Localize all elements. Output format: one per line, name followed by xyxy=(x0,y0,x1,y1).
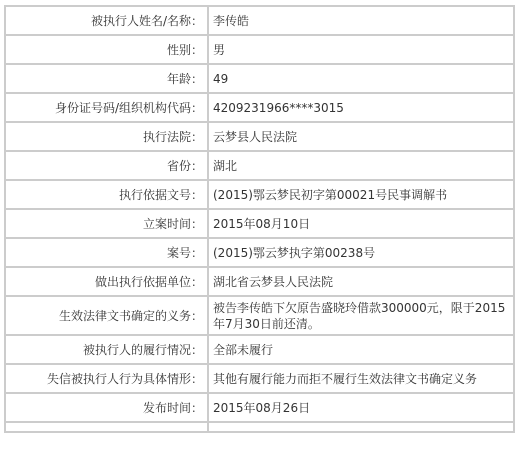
field-label-empty xyxy=(5,422,208,432)
field-value-empty xyxy=(208,422,514,432)
field-label: 省份： xyxy=(5,151,208,180)
field-label: 生效法律文书确定的义务： xyxy=(5,296,208,335)
field-value-province: 湖北 xyxy=(208,151,514,180)
table-row-case-number: 案号： (2015)鄂云梦执字第00238号 xyxy=(5,238,514,267)
field-label: 执行依据文号： xyxy=(5,180,208,209)
field-label: 性别： xyxy=(5,35,208,64)
field-label: 发布时间： xyxy=(5,393,208,422)
table-row-name: 被执行人姓名/名称： 李传皓 xyxy=(5,6,514,35)
field-value-court: 云梦县人民法院 xyxy=(208,122,514,151)
table-row-court: 执行法院： 云梦县人民法院 xyxy=(5,122,514,151)
field-label: 身份证号码/组织机构代码： xyxy=(5,93,208,122)
field-label: 被执行人姓名/名称： xyxy=(5,6,208,35)
field-label: 案号： xyxy=(5,238,208,267)
table-row-basis-doc-number: 执行依据文号： (2015)鄂云梦民初字第00021号民事调解书 xyxy=(5,180,514,209)
field-value-basis-doc-number: (2015)鄂云梦民初字第00021号民事调解书 xyxy=(208,180,514,209)
table-row-filing-date: 立案时间： 2015年08月10日 xyxy=(5,209,514,238)
table-row-province: 省份： 湖北 xyxy=(5,151,514,180)
field-label: 年龄： xyxy=(5,64,208,93)
field-value-gender: 男 xyxy=(208,35,514,64)
table-row-issuing-unit: 做出执行依据单位： 湖北省云梦县人民法院 xyxy=(5,267,514,296)
field-value-case-number: (2015)鄂云梦执字第00238号 xyxy=(208,238,514,267)
field-label: 立案时间： xyxy=(5,209,208,238)
table-row-publish-date: 发布时间： 2015年08月26日 xyxy=(5,393,514,422)
field-value-filing-date: 2015年08月10日 xyxy=(208,209,514,238)
field-value-name: 李传皓 xyxy=(208,6,514,35)
field-label: 被执行人的履行情况： xyxy=(5,335,208,364)
table-row-performance: 被执行人的履行情况： 全部未履行 xyxy=(5,335,514,364)
field-value-performance: 全部未履行 xyxy=(208,335,514,364)
field-label: 做出执行依据单位： xyxy=(5,267,208,296)
field-label: 执行法院： xyxy=(5,122,208,151)
table-row-obligation: 生效法律文书确定的义务： 被告李传皓下欠原告盛晓玲借款300000元，限于201… xyxy=(5,296,514,335)
table-row-age: 年龄： 49 xyxy=(5,64,514,93)
field-value-publish-date: 2015年08月26日 xyxy=(208,393,514,422)
field-value-issuing-unit: 湖北省云梦县人民法院 xyxy=(208,267,514,296)
debtor-info-table: 被执行人姓名/名称： 李传皓 性别： 男 年龄： 49 身份证号码/组织机构代码… xyxy=(4,5,515,433)
table-row-dishonest-behavior: 失信被执行人行为具体情形： 其他有履行能力而拒不履行生效法律文书确定义务 xyxy=(5,364,514,393)
field-value-obligation: 被告李传皓下欠原告盛晓玲借款300000元，限于2015年7月30日前还清。 xyxy=(208,296,514,335)
field-label: 失信被执行人行为具体情形： xyxy=(5,364,208,393)
table-row-partial xyxy=(5,422,514,432)
field-value-dishonest-behavior: 其他有履行能力而拒不履行生效法律文书确定义务 xyxy=(208,364,514,393)
table-row-gender: 性别： 男 xyxy=(5,35,514,64)
field-value-age: 49 xyxy=(208,64,514,93)
table-row-id-number: 身份证号码/组织机构代码： 4209231966****3015 xyxy=(5,93,514,122)
field-value-id-number: 4209231966****3015 xyxy=(208,93,514,122)
